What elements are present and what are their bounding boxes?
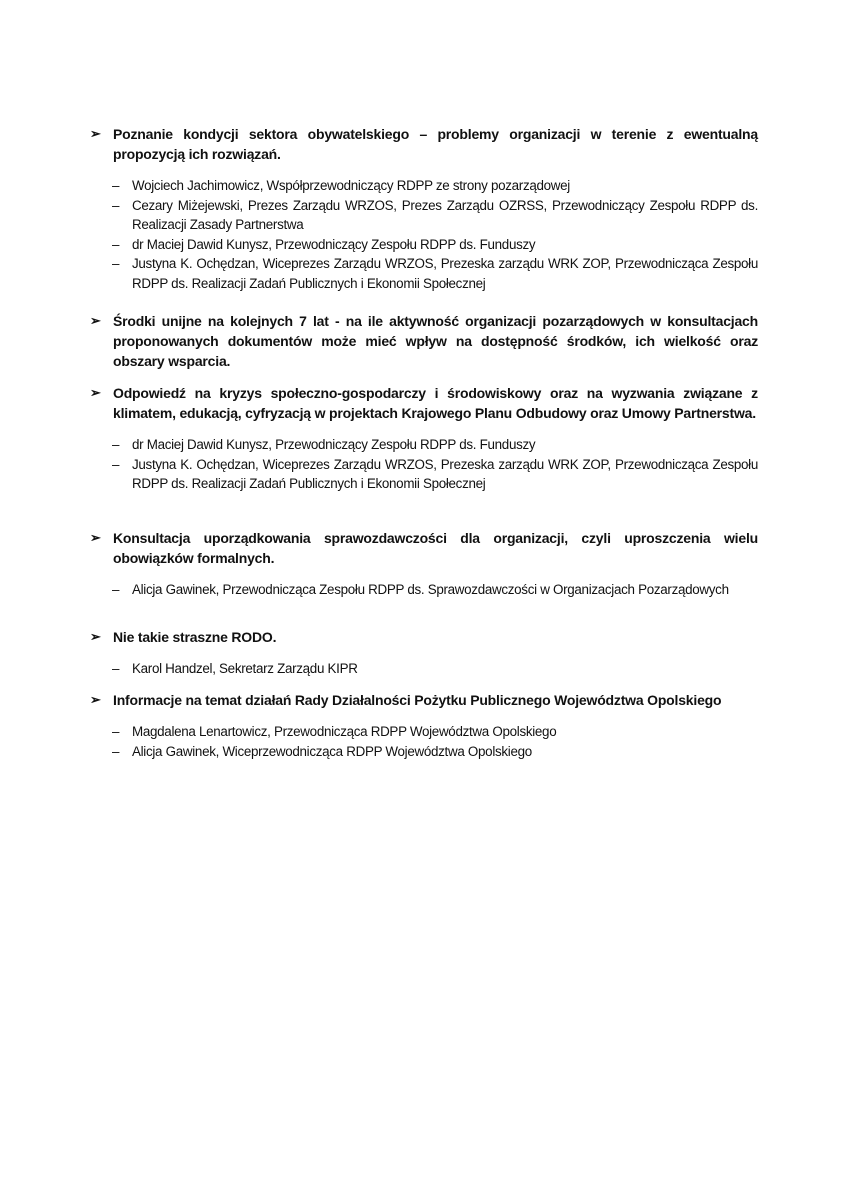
agenda-item-title: ➢ Odpowiedź na kryzys społeczno-gospodar…	[90, 383, 758, 423]
agenda-item: ➢ Środki unijne na kolejnych 7 lat - na …	[90, 311, 758, 371]
speaker-item: –Karol Handzel, Sekretarz Zarządu KIPR	[90, 659, 758, 679]
speaker-item: –Justyna K. Ochędzan, Wiceprezes Zarządu…	[90, 455, 758, 494]
speaker-list: –dr Maciej Dawid Kunysz, Przewodniczący …	[90, 435, 758, 494]
arrow-bullet-icon: ➢	[90, 311, 101, 331]
arrow-bullet-icon: ➢	[90, 528, 101, 548]
document-page: ➢ Poznanie kondycji sektora obywatelskie…	[0, 0, 848, 1200]
arrow-bullet-icon: ➢	[90, 124, 101, 144]
agenda-item: ➢ Informacje na temat działań Rady Dział…	[90, 690, 758, 761]
speaker-list: –Wojciech Jachimowicz, Współprzewodniczą…	[90, 176, 758, 293]
arrow-bullet-icon: ➢	[90, 627, 101, 647]
dash-icon: –	[112, 722, 119, 742]
dash-icon: –	[112, 196, 119, 216]
agenda-item-title: ➢ Konsultacja uporządkowania sprawozdawc…	[90, 528, 758, 568]
agenda-item-title: ➢ Informacje na temat działań Rady Dział…	[90, 690, 758, 710]
speaker-item: –Magdalena Lenartowicz, Przewodnicząca R…	[90, 722, 758, 742]
agenda-item-title: ➢ Nie takie straszne RODO.	[90, 627, 758, 647]
speaker-item: –Wojciech Jachimowicz, Współprzewodniczą…	[90, 176, 758, 196]
dash-icon: –	[112, 435, 119, 455]
agenda-item: ➢ Nie takie straszne RODO. –Karol Handze…	[90, 627, 758, 679]
speaker-list: –Magdalena Lenartowicz, Przewodnicząca R…	[90, 722, 758, 761]
dash-icon: –	[112, 580, 119, 600]
agenda-item: ➢ Poznanie kondycji sektora obywatelskie…	[90, 124, 758, 293]
arrow-bullet-icon: ➢	[90, 383, 101, 403]
dash-icon: –	[112, 742, 119, 762]
agenda-item-title: ➢ Poznanie kondycji sektora obywatelskie…	[90, 124, 758, 164]
agenda-item: ➢ Odpowiedź na kryzys społeczno-gospodar…	[90, 383, 758, 494]
dash-icon: –	[112, 455, 119, 475]
speaker-list: –Alicja Gawinek, Przewodnicząca Zespołu …	[90, 580, 758, 600]
dash-icon: –	[112, 254, 119, 274]
speaker-item: –dr Maciej Dawid Kunysz, Przewodniczący …	[90, 435, 758, 455]
dash-icon: –	[112, 176, 119, 196]
speaker-item: –Cezary Miżejewski, Prezes Zarządu WRZOS…	[90, 196, 758, 235]
speaker-item: –Justyna K. Ochędzan, Wiceprezes Zarządu…	[90, 254, 758, 293]
speaker-item: –Alicja Gawinek, Przewodnicząca Zespołu …	[90, 580, 758, 600]
speaker-item: –dr Maciej Dawid Kunysz, Przewodniczący …	[90, 235, 758, 255]
speaker-list: –Karol Handzel, Sekretarz Zarządu KIPR	[90, 659, 758, 679]
agenda-item-title: ➢ Środki unijne na kolejnych 7 lat - na …	[90, 311, 758, 371]
speaker-item: –Alicja Gawinek, Wiceprzewodnicząca RDPP…	[90, 742, 758, 762]
dash-icon: –	[112, 235, 119, 255]
dash-icon: –	[112, 659, 119, 679]
arrow-bullet-icon: ➢	[90, 690, 101, 710]
agenda-item: ➢ Konsultacja uporządkowania sprawozdawc…	[90, 528, 758, 600]
